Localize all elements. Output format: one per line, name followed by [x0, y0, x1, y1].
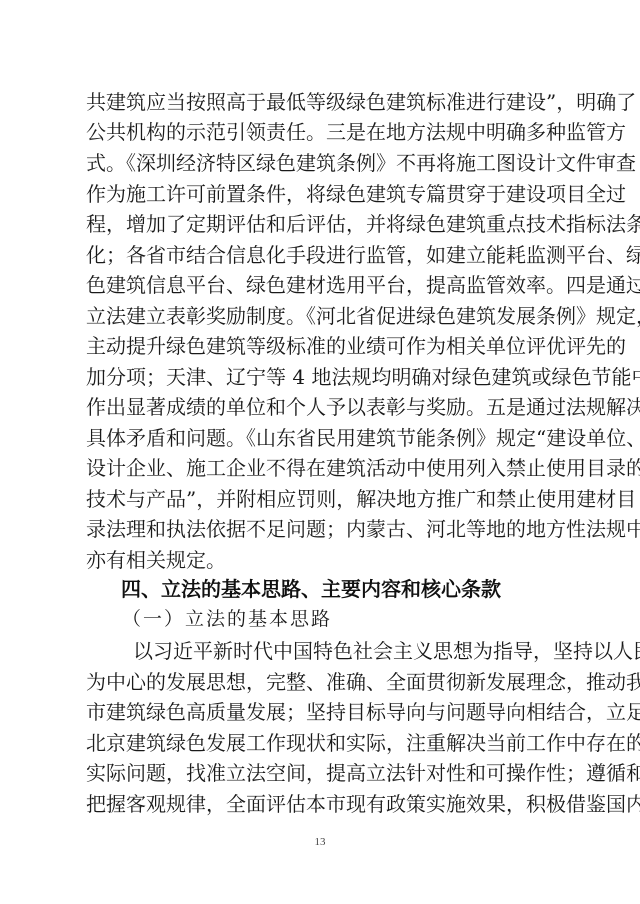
- document-page: 共建筑应当按照高于最低等级绿色建筑标准进行建设”，明确了 公共机构的示范引领责任…: [0, 0, 640, 904]
- text-line: 录法理和执法依据不足问题；内蒙古、河北等地的地方性法规中: [86, 514, 558, 544]
- text-line: 以习近平新时代中国特色社会主义思想为指导，坚持以人民: [133, 636, 558, 666]
- text-line: 把握客观规律，全面评估本市现有政策实施效果，积极借鉴国内: [86, 789, 558, 819]
- text-line: 加分项；天津、辽宁等 4 地法规均明确对绿色建筑或绿色节能中: [86, 362, 558, 392]
- text-line: 公共机构的示范引领责任。三是在地方法规中明确多种监管方: [86, 117, 558, 147]
- text-line: 作出显著成绩的单位和个人予以表彰与奖励。五是通过法规解决: [86, 392, 558, 422]
- text-line: 北京建筑绿色发展工作现状和实际，注重解决当前工作中存在的: [86, 728, 558, 758]
- text-line: 共建筑应当按照高于最低等级绿色建筑标准进行建设”，明确了: [86, 87, 558, 117]
- text-line: 式。《深圳经济特区绿色建筑条例》不再将施工图设计文件审查: [86, 148, 558, 178]
- text-line: 立法建立表彰奖励制度。《河北省促进绿色建筑发展条例》规定，: [86, 301, 558, 331]
- text-line: 主动提升绿色建筑等级标准的业绩可作为相关单位评优评先的: [86, 331, 558, 361]
- text-line: 程，增加了定期评估和后评估，并将绿色建筑重点技术指标法条: [86, 209, 558, 239]
- text-line: 亦有相关规定。: [86, 545, 558, 575]
- text-line: 作为施工许可前置条件，将绿色建筑专篇贯穿于建设项目全过: [86, 179, 558, 209]
- subsection-heading: （一）立法的基本思路: [122, 604, 332, 634]
- text-line: 色建筑信息平台、绿色建材选用平台，提高监管效率。四是通过: [86, 270, 558, 300]
- text-line: 技术与产品”，并附相应罚则，解决地方推广和禁止使用建材目: [86, 484, 558, 514]
- text-line: 具体矛盾和问题。《山东省民用建筑节能条例》规定“建设单位、: [86, 423, 558, 453]
- text-line: 为中心的发展思想，完整、准确、全面贯彻新发展理念，推动我: [86, 667, 558, 697]
- page-number: 13: [0, 836, 640, 848]
- text-line: 设计企业、施工企业不得在建筑活动中使用列入禁止使用目录的: [86, 453, 558, 483]
- text-line: 化；各省市结合信息化手段进行监管，如建立能耗监测平台、绿: [86, 240, 558, 270]
- text-line: 市建筑绿色高质量发展；坚持目标导向与问题导向相结合，立足: [86, 697, 558, 727]
- section-heading: 四、立法的基本思路、主要内容和核心条款: [121, 574, 501, 604]
- text-line: 实际问题，找准立法空间，提高立法针对性和可操作性；遵循和: [86, 758, 558, 788]
